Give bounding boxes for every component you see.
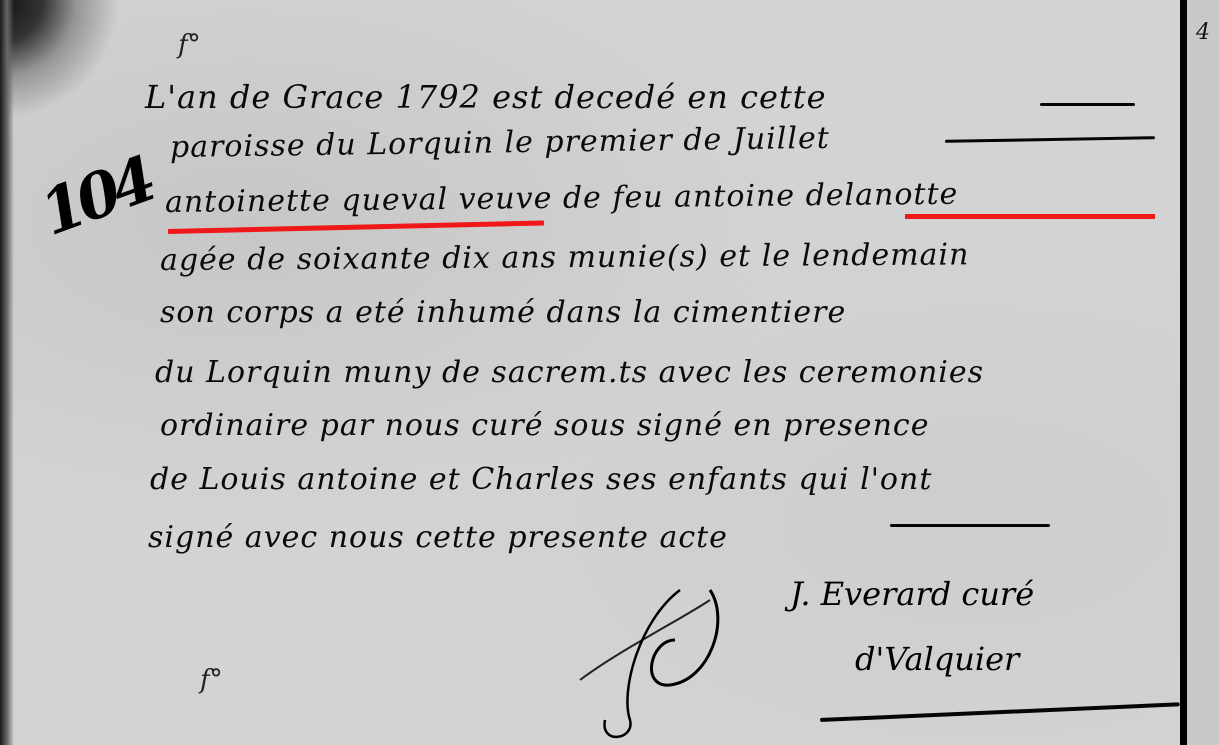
- record-line-6: du Lorquin muny de sacrem.ts avec les ce…: [155, 355, 984, 390]
- scan-left-edge: [0, 0, 14, 745]
- signature-underline: [820, 702, 1180, 722]
- right-margin-mark: 4: [1196, 20, 1210, 45]
- highlight-underline-antoine-delanotte: [905, 214, 1155, 219]
- record-line-8: de Louis antoine et Charles ses enfants …: [150, 462, 932, 497]
- ink-rule-line-1: [1040, 103, 1135, 106]
- record-line-3: antoinette queval veuve de feu antoine d…: [165, 177, 959, 220]
- record-line-7: ordinaire par nous curé sous signé en pr…: [160, 408, 929, 443]
- signature-line-2: d'Valquier: [855, 640, 1019, 678]
- page-binding-edge: [1180, 0, 1187, 745]
- ink-rule-line-9: [890, 524, 1050, 527]
- signature-line-1: J. Everard curé: [790, 575, 1034, 613]
- ink-rule-line-2: [945, 136, 1155, 143]
- scan-corner-shadow: [0, 0, 120, 120]
- record-line-5: son corps a eté inhumé dans la cimentier…: [160, 295, 846, 330]
- document-page: f° f° 104 L'an de Grace 1792 est decedé …: [0, 0, 1219, 745]
- signature-flourish-icon: [560, 560, 760, 745]
- record-line-1: L'an de Grace 1792 est decedé en cette: [145, 78, 827, 116]
- record-line-9: signé avec nous cette presente acte: [148, 520, 728, 555]
- highlight-underline-antoinette-queval: [168, 220, 544, 234]
- record-line-4: agée de soixante dix ans munie(s) et le …: [160, 237, 970, 278]
- adjacent-page-strip: [1187, 0, 1219, 745]
- folio-mark-bottom: f°: [200, 665, 223, 695]
- record-line-2: paroisse du Lorquin le premier de Juille…: [170, 121, 830, 165]
- margin-entry-number: 104: [31, 143, 161, 250]
- folio-mark-top: f°: [178, 30, 201, 60]
